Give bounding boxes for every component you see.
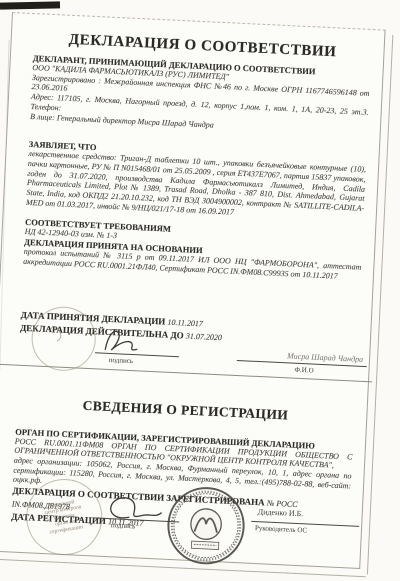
document-page: ДЕКЛАРАЦИЯ О СООТВЕТСТВИИ ДЕКЛАРАНТ, ПРИ… <box>0 12 386 569</box>
page-content: ДЕКЛАРАЦИЯ О СООТВЕТСТВИИ ДЕКЛАРАНТ, ПРИ… <box>0 13 385 540</box>
signature-label-2: подпись <box>111 521 136 530</box>
adoption-date-value: 10.11.2017 <box>167 317 203 328</box>
page-edge-line-bottom <box>0 558 366 577</box>
signature-label-1: подпись <box>109 356 134 365</box>
scanned-document: ДЕКЛАРАЦИЯ О СООТВЕТСТВИИ ДЕКЛАРАНТ, ПРИ… <box>0 0 400 581</box>
registration-section-title: СВЕДЕНИЯ О РЕГИСТРАЦИИ <box>16 394 354 425</box>
name-label-1: Ф.И.О <box>294 366 313 375</box>
scan-corner-mark <box>0 1 60 9</box>
validity-date-value: 31.07.2020 <box>186 331 222 342</box>
